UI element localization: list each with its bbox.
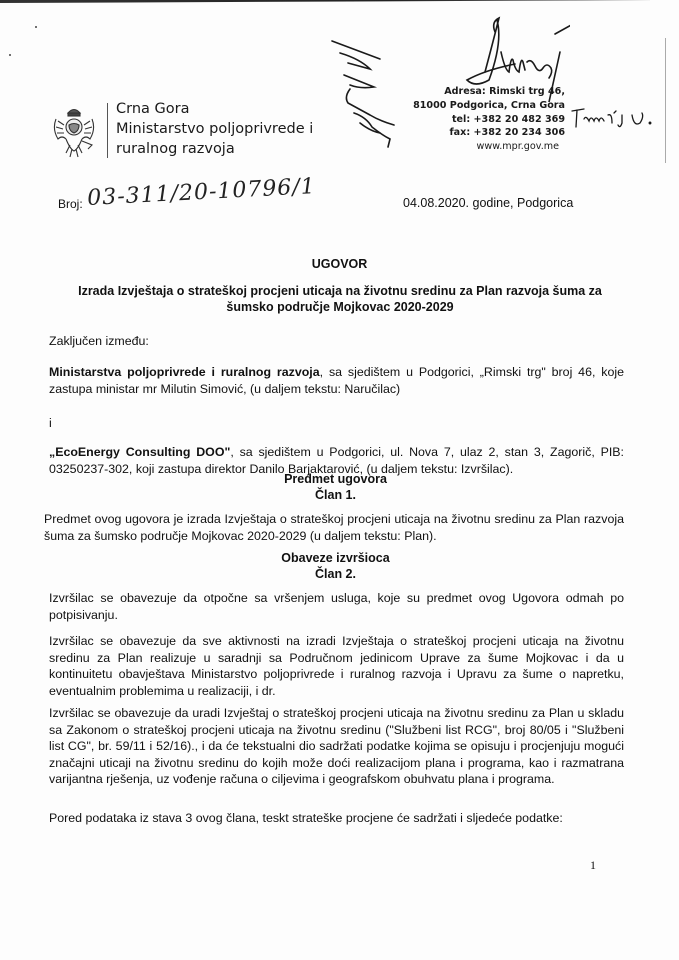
country-name: Crna Gora <box>116 99 313 119</box>
document-subtitle: Izrada Izvještaja o strateškoj procjeni … <box>40 283 640 315</box>
address-fax: fax: +382 20 234 306 <box>413 126 565 140</box>
concluded-between: Zaključen između: <box>49 333 624 350</box>
party-1-paragraph: Ministarstva poljoprivrede i ruralnog ra… <box>49 364 624 397</box>
scan-speck <box>9 54 11 56</box>
subtitle-line1: Izrada Izvještaja o strateškoj procjeni … <box>40 283 640 299</box>
conjunction: i <box>49 415 624 432</box>
document-title: UGOVOR <box>0 257 679 271</box>
handwritten-initials-icon <box>570 105 660 133</box>
party-2-name: „EcoEnergy Consulting DOO" <box>49 445 230 459</box>
section-heading-title: Obaveze izvršioca <box>0 551 675 567</box>
section-2-paragraph-1: Izvršilac se obavezuje da otpočne sa vrš… <box>49 590 624 623</box>
ministry-name-block: Crna Gora Ministarstvo poljoprivrede i r… <box>116 99 313 159</box>
section-2-paragraph-4: Pored podataka iz stava 3 ovog člana, te… <box>49 810 624 827</box>
scan-right-edge <box>665 38 666 163</box>
scan-speck <box>35 26 37 28</box>
reference-number-label: Broj: <box>58 197 83 211</box>
montenegro-coat-of-arms-icon <box>48 105 100 159</box>
reference-number-handwritten: 03-311/20-10796/1 <box>87 174 317 211</box>
document-page: Crna Gora Ministarstvo poljoprivrede i r… <box>0 0 679 960</box>
vertical-initials-icon <box>330 35 420 150</box>
address-phone: tel: +382 20 482 369 <box>413 113 565 127</box>
section-2-paragraph-2: Izvršilac se obavezuje da sve aktivnosti… <box>49 633 624 699</box>
section-2-paragraph-3: Izvršilac se obavezuje da uradi Izvješta… <box>49 705 624 788</box>
section-2-heading: Obaveze izvršioca Član 2. <box>0 551 675 582</box>
party-1-name: Ministarstva poljoprivrede i ruralnog ra… <box>49 365 320 379</box>
ministry-name-line2: ruralnog razvoja <box>116 139 313 159</box>
section-1-heading: Predmet ugovora Član 1. <box>0 472 675 503</box>
section-1-paragraph-1: Predmet ovog ugovora je izrada Izvještaj… <box>44 511 624 544</box>
section-article-number: Član 2. <box>0 567 675 583</box>
document-date: 04.08.2020. godine, Podgorica <box>403 196 573 210</box>
scan-top-border <box>0 0 650 3</box>
section-heading-title: Predmet ugovora <box>0 472 675 488</box>
page-number: 1 <box>590 858 596 873</box>
signature-icon <box>455 12 570 102</box>
section-article-number: Član 1. <box>0 488 675 504</box>
letterhead-divider <box>107 103 108 158</box>
ministry-name-line1: Ministarstvo poljoprivrede i <box>116 119 313 139</box>
subtitle-line2: šumsko područje Mojkovac 2020-2029 <box>40 299 640 315</box>
address-website: www.mpr.gov.me <box>413 140 559 154</box>
